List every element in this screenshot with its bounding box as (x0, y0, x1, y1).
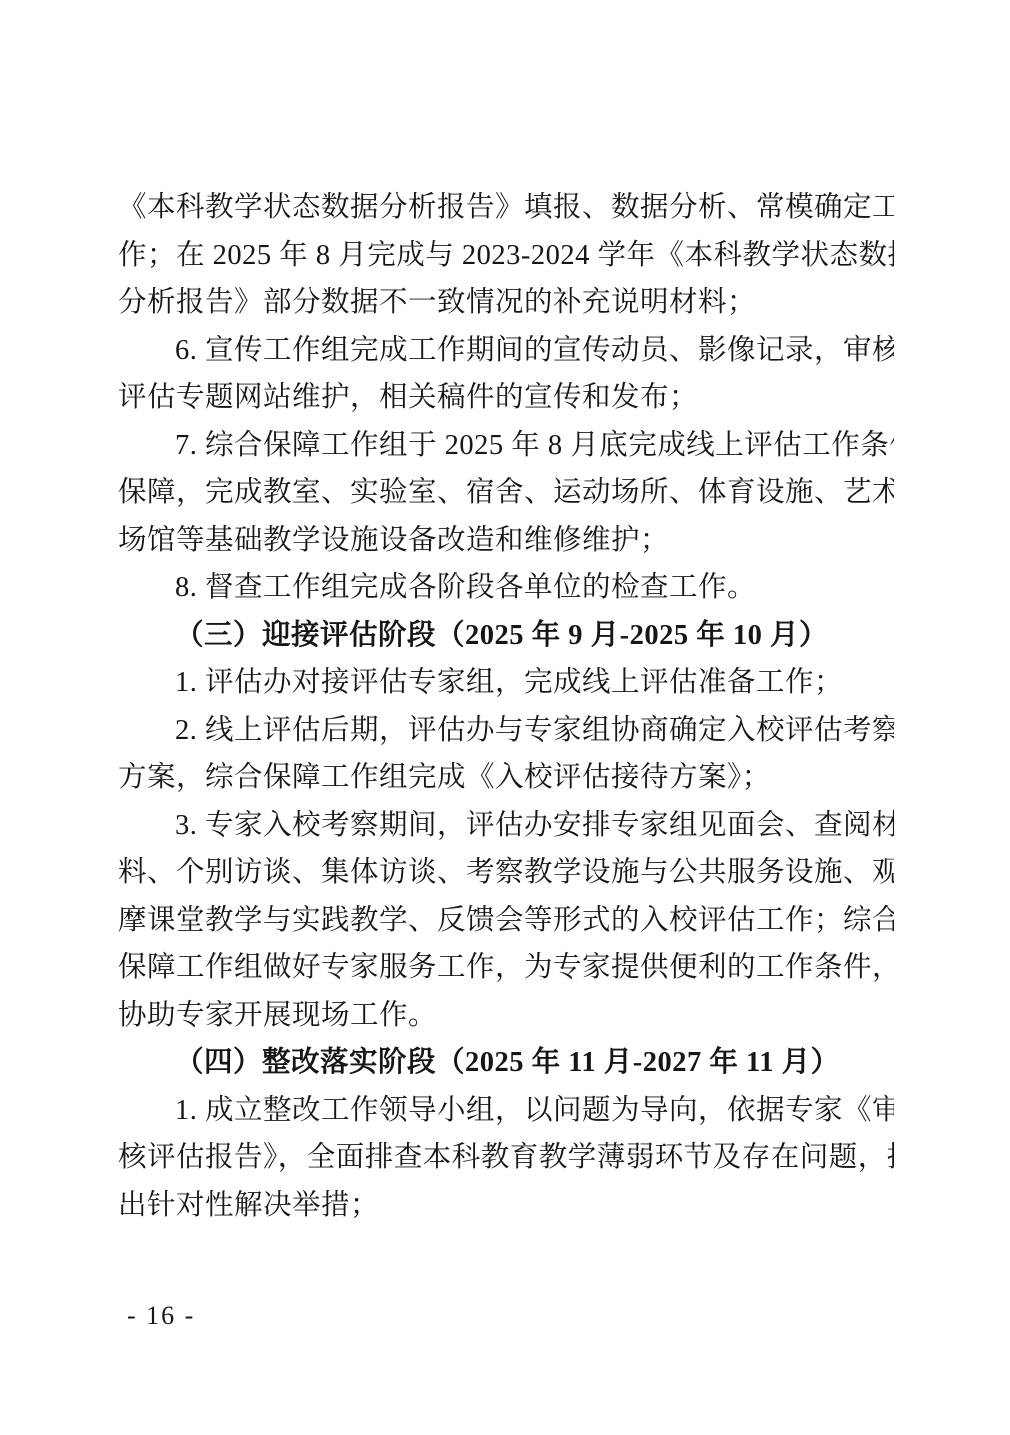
paragraph: 6. 宣传工作组完成工作期间的宣传动员、影像记录，审核评估专题网站维护，相关稿件… (118, 327, 894, 422)
text-line: 2. 线上评估后期，评估办与专家组协商确定入校评估考察 (118, 707, 894, 755)
text-line: 作；在 2025 年 8 月完成与 2023-2024 学年《本科教学状态数据 (118, 232, 894, 280)
text-line: 分析报告》部分数据不一致情况的补充说明材料； (118, 279, 894, 327)
text-line: 保障工作组做好专家服务工作，为专家提供便利的工作条件， (118, 944, 894, 992)
text-line: 7. 综合保障工作组于 2025 年 8 月底完成线上评估工作条件 (118, 422, 894, 470)
paragraph: 7. 综合保障工作组于 2025 年 8 月底完成线上评估工作条件保障，完成教室… (118, 422, 894, 565)
document-page: 《本科教学状态数据分析报告》填报、数据分析、常模确定工作；在 2025 年 8 … (0, 0, 1010, 1435)
text-line: 出针对性解决举措； (118, 1182, 894, 1230)
text-line: 1. 成立整改工作领导小组，以问题为导向，依据专家《审 (118, 1087, 894, 1135)
text-line: （四）整改落实阶段（2025 年 11 月-2027 年 11 月） (118, 1039, 894, 1087)
paragraph: 3. 专家入校考察期间，评估办安排专家组见面会、查阅材料、个别访谈、集体访谈、考… (118, 802, 894, 1040)
text-line: 6. 宣传工作组完成工作期间的宣传动员、影像记录，审核 (118, 327, 894, 375)
text-line: 保障，完成教室、实验室、宿舍、运动场所、体育设施、艺术 (118, 469, 894, 517)
text-line: 1. 评估办对接评估专家组，完成线上评估准备工作； (118, 659, 894, 707)
text-line: 8. 督查工作组完成各阶段各单位的检查工作。 (118, 564, 894, 612)
page-number: - 16 - (127, 1296, 195, 1336)
text-line: 核评估报告》，全面排查本科教育教学薄弱环节及存在问题，提 (118, 1134, 894, 1182)
text-line: 《本科教学状态数据分析报告》填报、数据分析、常模确定工 (118, 184, 894, 232)
text-line: （三）迎接评估阶段（2025 年 9 月-2025 年 10 月） (118, 612, 894, 660)
page-content: 《本科教学状态数据分析报告》填报、数据分析、常模确定工作；在 2025 年 8 … (118, 184, 894, 1229)
paragraph: 1. 评估办对接评估专家组，完成线上评估准备工作； (118, 659, 894, 707)
text-line: 评估专题网站维护，相关稿件的宣传和发布； (118, 374, 894, 422)
text-line: 摩课堂教学与实践教学、反馈会等形式的入校评估工作；综合 (118, 897, 894, 945)
paragraph: 《本科教学状态数据分析报告》填报、数据分析、常模确定工作；在 2025 年 8 … (118, 184, 894, 327)
paragraph: 1. 成立整改工作领导小组，以问题为导向，依据专家《审核评估报告》，全面排查本科… (118, 1087, 894, 1230)
text-line: 协助专家开展现场工作。 (118, 992, 894, 1040)
paragraph: 8. 督查工作组完成各阶段各单位的检查工作。 (118, 564, 894, 612)
paragraph: 2. 线上评估后期，评估办与专家组协商确定入校评估考察方案，综合保障工作组完成《… (118, 707, 894, 802)
section-heading: （四）整改落实阶段（2025 年 11 月-2027 年 11 月） (118, 1039, 894, 1087)
text-line: 方案，综合保障工作组完成《入校评估接待方案》； (118, 754, 894, 802)
text-line: 料、个别访谈、集体访谈、考察教学设施与公共服务设施、观 (118, 849, 894, 897)
text-line: 3. 专家入校考察期间，评估办安排专家组见面会、查阅材 (118, 802, 894, 850)
text-line: 场馆等基础教学设施设备改造和维修维护； (118, 517, 894, 565)
section-heading: （三）迎接评估阶段（2025 年 9 月-2025 年 10 月） (118, 612, 894, 660)
